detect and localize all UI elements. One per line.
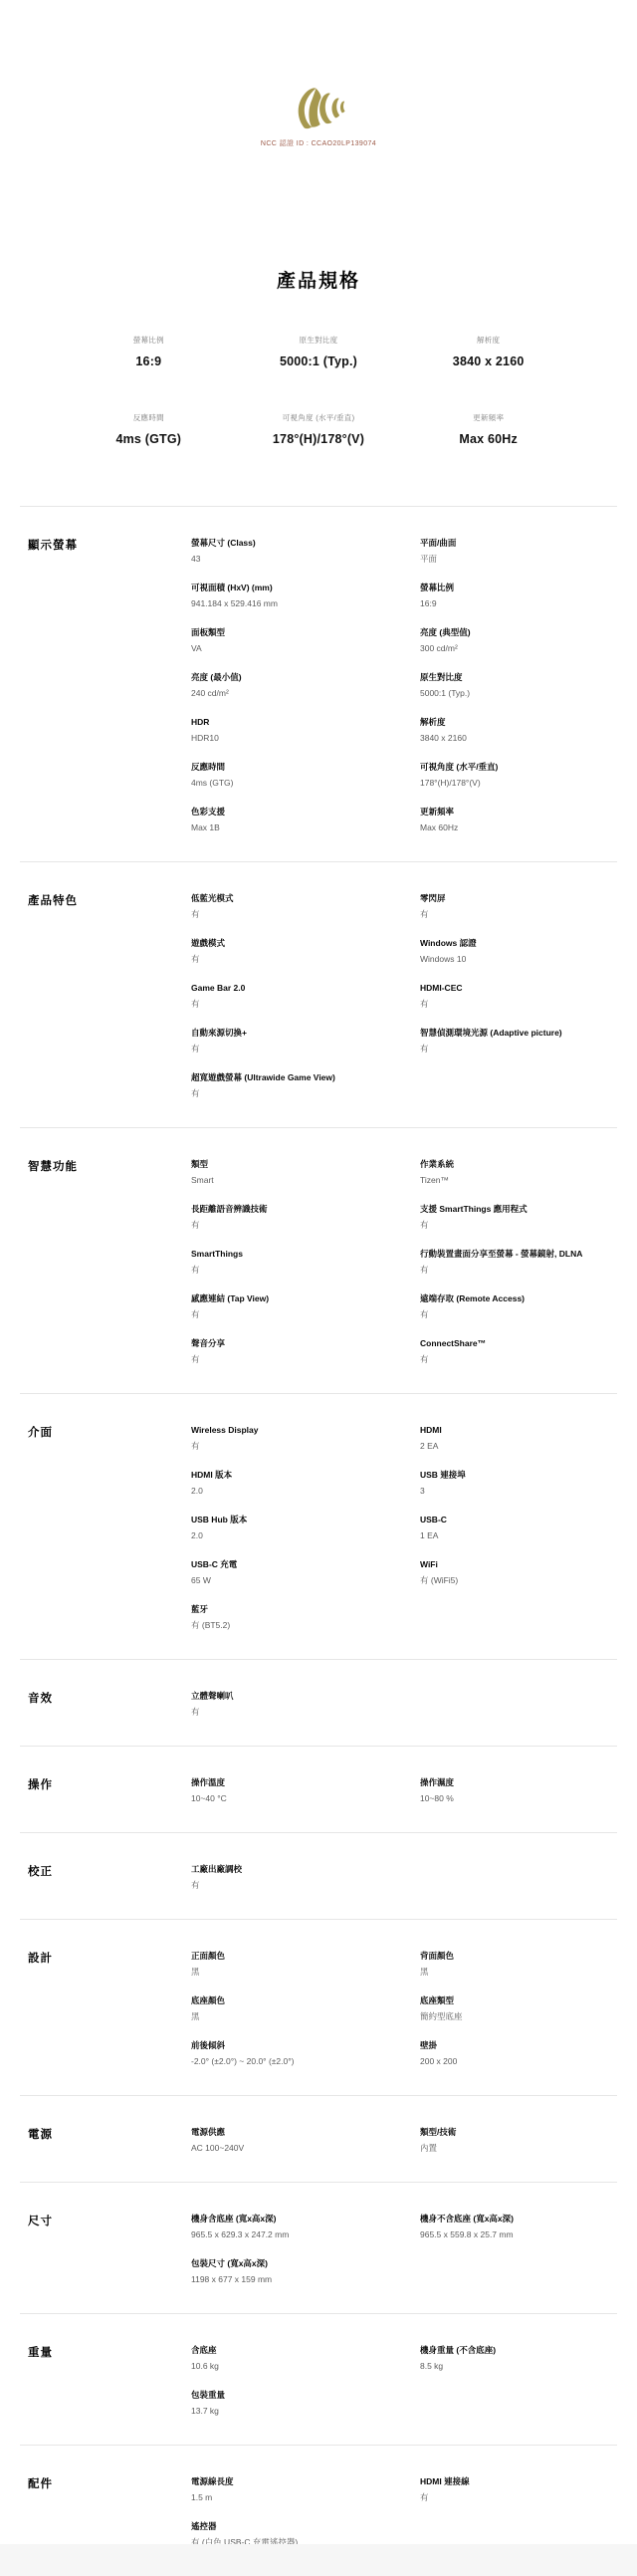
spec-item-label: Game Bar 2.0 — [191, 982, 410, 994]
spec-item: 電源線長度 1.5 m — [191, 2475, 420, 2503]
spec-item-value: 300 cd/m² — [420, 642, 607, 654]
spec-item-value: -2.0° (±2.0°) ~ 20.0° (±2.0°) — [191, 2055, 410, 2067]
section-rows: 螢幕尺寸 (Class) 43 平面/曲面 平面 可視面積 (HxV) (mm)… — [191, 537, 617, 833]
spec-row: 正面顏色 黑 背面顏色 黑 — [191, 1950, 617, 1978]
spec-item: Game Bar 2.0 有 — [191, 982, 420, 1010]
highlight-label: 解析度 — [403, 335, 573, 346]
spec-item-value: 有 — [191, 1706, 410, 1718]
spec-item-value: 簡約型底座 — [420, 2010, 607, 2022]
spec-item: 包裝尺寸 (寬x高x深) 1198 x 677 x 159 mm — [191, 2257, 420, 2285]
spec-item-value: 有 — [420, 998, 607, 1010]
spec-item: 螢幕尺寸 (Class) 43 — [191, 537, 420, 565]
spec-item-label: USB-C — [420, 1514, 607, 1525]
spec-item-value: 4ms (GTG) — [191, 777, 410, 789]
footer-band — [0, 2544, 637, 2576]
highlight-label: 反應時間 — [64, 412, 234, 423]
spec-item-value: 43 — [191, 553, 410, 565]
spec-row: 前後傾斜 -2.0° (±2.0°) ~ 20.0° (±2.0°) 壁掛 20… — [191, 2039, 617, 2067]
spec-row: 遊戲模式 有 Windows 認證 Windows 10 — [191, 937, 617, 965]
spec-section: 重量 含底座 10.6 kg 機身重量 (不含底座) 8.5 kg 包裝重量 1… — [20, 2313, 617, 2445]
spec-row: HDR HDR10 解析度 3840 x 2160 — [191, 716, 617, 744]
section-title: 校正 — [20, 1863, 191, 1879]
spec-item-label: 類型 — [191, 1158, 410, 1170]
spec-item-label: 壁掛 — [420, 2039, 607, 2051]
section-rows: 立體聲喇叭 有 — [191, 1690, 617, 1718]
spec-item: 平面/曲面 平面 — [420, 537, 617, 565]
spec-item-label: 背面顏色 — [420, 1950, 607, 1962]
spec-item: 聲音分享 有 — [191, 1337, 420, 1365]
spec-item-value: 240 cd/m² — [191, 687, 410, 699]
ncc-certification-block: NCC 認證 ID : CCAO20LP139074 — [0, 0, 637, 148]
spec-item-label: USB-C 充電 — [191, 1558, 410, 1570]
spec-item-label: 電源供應 — [191, 2126, 410, 2138]
spec-item-label: HDMI 版本 — [191, 1469, 410, 1481]
spec-item: SmartThings 有 — [191, 1248, 420, 1276]
spec-item-value: VA — [191, 642, 410, 654]
spec-item: 機身含底座 (寬x高x深) 965.5 x 629.3 x 247.2 mm — [191, 2213, 420, 2240]
spec-item-value: 10.6 kg — [191, 2360, 410, 2372]
section-title: 智慧功能 — [20, 1158, 191, 1174]
spec-row: 聲音分享 有 ConnectShare™ 有 — [191, 1337, 617, 1365]
spec-row: 包裝尺寸 (寬x高x深) 1198 x 677 x 159 mm — [191, 2257, 617, 2285]
spec-item-label: 工廠出廠調校 — [191, 1863, 410, 1875]
spec-item-label: Wireless Display — [191, 1424, 410, 1436]
spec-section: 產品特色 低藍光模式 有 零閃屏 有 遊戲模式 有 Windows 認證 Win… — [20, 861, 617, 1127]
spec-item-label: 螢幕尺寸 (Class) — [191, 537, 410, 549]
spec-item: Wireless Display 有 — [191, 1424, 420, 1452]
spec-item: 壁掛 200 x 200 — [420, 2039, 617, 2067]
spec-item-label: 機身重量 (不含底座) — [420, 2344, 607, 2356]
spec-item: 工廠出廠調校 有 — [191, 1863, 420, 1891]
spec-row: 感應連結 (Tap View) 有 遠端存取 (Remote Access) 有 — [191, 1292, 617, 1320]
section-title: 尺寸 — [20, 2213, 191, 2228]
spec-item-value: 5000:1 (Typ.) — [420, 687, 607, 699]
spec-item-value: 1 EA — [420, 1529, 607, 1541]
spec-row: Wireless Display 有 HDMI 2 EA — [191, 1424, 617, 1452]
section-title: 操作 — [20, 1776, 191, 1792]
spec-item: 背面顏色 黑 — [420, 1950, 617, 1978]
spec-item-value: Max 1B — [191, 821, 410, 833]
spec-item: 立體聲喇叭 有 — [191, 1690, 420, 1718]
spec-item-value: 178°(H)/178°(V) — [420, 777, 607, 789]
section-rows: 含底座 10.6 kg 機身重量 (不含底座) 8.5 kg 包裝重量 13.7… — [191, 2344, 617, 2417]
spec-item: 機身重量 (不含底座) 8.5 kg — [420, 2344, 617, 2372]
spec-row: 亮度 (最小值) 240 cd/m² 原生對比度 5000:1 (Typ.) — [191, 671, 617, 699]
section-rows: 工廠出廠調校 有 — [191, 1863, 617, 1891]
spec-item-label: 螢幕比例 — [420, 582, 607, 593]
spec-item: HDR HDR10 — [191, 716, 420, 744]
spec-item-label: HDMI — [420, 1424, 607, 1436]
spec-section: 尺寸 機身含底座 (寬x高x深) 965.5 x 629.3 x 247.2 m… — [20, 2182, 617, 2313]
section-title: 音效 — [20, 1690, 191, 1706]
spec-item-value: 2 EA — [420, 1440, 607, 1452]
spec-item-label: 立體聲喇叭 — [191, 1690, 410, 1702]
spec-row: 色彩支援 Max 1B 更新頻率 Max 60Hz — [191, 806, 617, 833]
section-rows: 電源線長度 1.5 m HDMI 連接線 有 遙控器 有 (白色 USB-C 充… — [191, 2475, 617, 2548]
spec-item-label: 底座類型 — [420, 1994, 607, 2006]
spec-item: 操作溫度 10~40 °C — [191, 1776, 420, 1804]
highlight-item: 更新頻率 Max 60Hz — [403, 412, 573, 446]
spec-item-value: 3840 x 2160 — [420, 732, 607, 744]
spec-item-value: 16:9 — [420, 597, 607, 609]
spec-item-value: 965.5 x 629.3 x 247.2 mm — [191, 2228, 410, 2240]
spec-section: 智慧功能 類型 Smart 作業系統 Tizen™ 長距離語音辨識技術 有 支援… — [20, 1127, 617, 1393]
spec-item-value: Windows 10 — [420, 953, 607, 965]
spec-item-label: 機身不含底座 (寬x高x深) — [420, 2213, 607, 2225]
spec-item-value: 有 (BT5.2) — [191, 1619, 410, 1631]
highlight-value: 5000:1 (Typ.) — [234, 354, 404, 368]
spec-item-value: 內置 — [420, 2142, 607, 2154]
spec-item-label: 藍牙 — [191, 1603, 410, 1615]
spec-item-value: 有 — [420, 1353, 607, 1365]
spec-item: 類型/技術 內置 — [420, 2126, 617, 2154]
spec-row: 包裝重量 13.7 kg — [191, 2389, 617, 2417]
spec-row: USB Hub 版本 2.0 USB-C 1 EA — [191, 1514, 617, 1541]
spec-item: HDMI 2 EA — [420, 1424, 617, 1452]
spec-item-value: 3 — [420, 1485, 607, 1497]
spec-item: 更新頻率 Max 60Hz — [420, 806, 617, 833]
spec-item-label: 反應時間 — [191, 761, 410, 773]
spec-item: 可視面積 (HxV) (mm) 941.184 x 529.416 mm — [191, 582, 420, 609]
spec-item: 反應時間 4ms (GTG) — [191, 761, 420, 789]
spec-item-label: 原生對比度 — [420, 671, 607, 683]
spec-item-label: 含底座 — [191, 2344, 410, 2356]
spec-item: 支援 SmartThings 應用程式 有 — [420, 1203, 617, 1231]
section-title: 配件 — [20, 2475, 191, 2491]
spec-item-value: HDR10 — [191, 732, 410, 744]
spec-item: USB-C 1 EA — [420, 1514, 617, 1541]
spec-item-label: 電源線長度 — [191, 2475, 410, 2487]
spec-row: 立體聲喇叭 有 — [191, 1690, 617, 1718]
spec-item-value: 有 — [191, 1440, 410, 1452]
spec-item-label: 低藍光模式 — [191, 892, 410, 904]
spec-item-label: HDMI 連接線 — [420, 2475, 607, 2487]
spec-row: 底座顏色 黑 底座類型 簡約型底座 — [191, 1994, 617, 2022]
spec-sections: 顯示螢幕 螢幕尺寸 (Class) 43 平面/曲面 平面 可視面積 (HxV)… — [20, 506, 617, 2576]
spec-item-label: 自動來源切換+ — [191, 1027, 410, 1039]
spec-item-value: 有 — [420, 2491, 607, 2503]
spec-row: USB-C 充電 65 W WiFi 有 (WiFi5) — [191, 1558, 617, 1586]
spec-item-label: 超寬遊戲螢幕 (Ultrawide Game View) — [191, 1071, 410, 1083]
spec-item-label: 解析度 — [420, 716, 607, 728]
highlight-value: Max 60Hz — [403, 432, 573, 446]
section-rows: 操作溫度 10~40 °C 操作濕度 10~80 % — [191, 1776, 617, 1804]
spec-item: 感應連結 (Tap View) 有 — [191, 1292, 420, 1320]
spec-item-value: 有 — [420, 1043, 607, 1054]
spec-item: WiFi 有 (WiFi5) — [420, 1558, 617, 1586]
spec-item: 亮度 (最小值) 240 cd/m² — [191, 671, 420, 699]
spec-item: 機身不含底座 (寬x高x深) 965.5 x 559.8 x 25.7 mm — [420, 2213, 617, 2240]
spec-row: 可視面積 (HxV) (mm) 941.184 x 529.416 mm 螢幕比… — [191, 582, 617, 609]
ncc-logo-icon — [292, 84, 345, 133]
spec-row: Game Bar 2.0 有 HDMI-CEC 有 — [191, 982, 617, 1010]
spec-item-label: HDR — [191, 716, 410, 728]
spec-item-label: USB Hub 版本 — [191, 1514, 410, 1525]
spec-item-label: 遠端存取 (Remote Access) — [420, 1292, 607, 1304]
spec-row: 長距離語音辨識技術 有 支援 SmartThings 應用程式 有 — [191, 1203, 617, 1231]
spec-item-value: 10~80 % — [420, 1792, 607, 1804]
spec-item: 遠端存取 (Remote Access) 有 — [420, 1292, 617, 1320]
section-rows: Wireless Display 有 HDMI 2 EA HDMI 版本 2.0… — [191, 1424, 617, 1631]
spec-item-label: 感應連結 (Tap View) — [191, 1292, 410, 1304]
spec-item: 可視角度 (水平/垂直) 178°(H)/178°(V) — [420, 761, 617, 789]
spec-section: 電源 電源供應 AC 100~240V 類型/技術 內置 — [20, 2095, 617, 2182]
spec-item-value: 8.5 kg — [420, 2360, 607, 2372]
spec-item-value: 有 — [191, 953, 410, 965]
spec-item: 亮度 (典型值) 300 cd/m² — [420, 626, 617, 654]
highlight-item: 原生對比度 5000:1 (Typ.) — [234, 335, 404, 368]
spec-item-label: 更新頻率 — [420, 806, 607, 818]
spec-row: 機身含底座 (寬x高x深) 965.5 x 629.3 x 247.2 mm 機… — [191, 2213, 617, 2240]
spec-item: 自動來源切換+ 有 — [191, 1027, 420, 1054]
section-rows: 機身含底座 (寬x高x深) 965.5 x 629.3 x 247.2 mm 機… — [191, 2213, 617, 2285]
spec-item-value: 有 — [420, 1219, 607, 1231]
spec-item-value: 黑 — [420, 1966, 607, 1978]
spec-item-value: 65 W — [191, 1574, 410, 1586]
spec-item: 低藍光模式 有 — [191, 892, 420, 920]
spec-row: SmartThings 有 行動裝置畫面分享至螢幕 - 螢幕鏡射, DLNA 有 — [191, 1248, 617, 1276]
section-title: 產品特色 — [20, 892, 191, 908]
spec-item-value: 有 — [420, 1308, 607, 1320]
section-rows: 正面顏色 黑 背面顏色 黑 底座顏色 黑 底座類型 簡約型底座 前後傾斜 -2.… — [191, 1950, 617, 2067]
highlight-grid: 螢幕比例 16:9 原生對比度 5000:1 (Typ.) 解析度 3840 x… — [64, 335, 573, 446]
spec-item-value: 1.5 m — [191, 2491, 410, 2503]
spec-item: 底座類型 簡約型底座 — [420, 1994, 617, 2022]
spec-item-label: 前後傾斜 — [191, 2039, 410, 2051]
spec-item: 長距離語音辨識技術 有 — [191, 1203, 420, 1231]
spec-item-value: 有 — [191, 1264, 410, 1276]
spec-item: 遊戲模式 有 — [191, 937, 420, 965]
spec-section: 校正 工廠出廠調校 有 — [20, 1832, 617, 1919]
spec-section: 操作 操作溫度 10~40 °C 操作濕度 10~80 % — [20, 1746, 617, 1832]
spec-row: 螢幕尺寸 (Class) 43 平面/曲面 平面 — [191, 537, 617, 565]
spec-item: 作業系統 Tizen™ — [420, 1158, 617, 1186]
spec-item-value: 2.0 — [191, 1529, 410, 1541]
spec-item: USB-C 充電 65 W — [191, 1558, 420, 1586]
highlight-item: 反應時間 4ms (GTG) — [64, 412, 234, 446]
spec-item: HDMI-CEC 有 — [420, 982, 617, 1010]
spec-item: 螢幕比例 16:9 — [420, 582, 617, 609]
spec-item: USB Hub 版本 2.0 — [191, 1514, 420, 1541]
highlight-item: 解析度 3840 x 2160 — [403, 335, 573, 368]
spec-row: HDMI 版本 2.0 USB 連接埠 3 — [191, 1469, 617, 1497]
spec-item-value: 有 — [191, 998, 410, 1010]
spec-row: 反應時間 4ms (GTG) 可視角度 (水平/垂直) 178°(H)/178°… — [191, 761, 617, 789]
spec-item: HDMI 版本 2.0 — [191, 1469, 420, 1497]
spec-item-label: 機身含底座 (寬x高x深) — [191, 2213, 410, 2225]
section-title: 電源 — [20, 2126, 191, 2142]
spec-item-value: 有 — [191, 1043, 410, 1054]
spec-item-value: 2.0 — [191, 1485, 410, 1497]
spec-item-value: 941.184 x 529.416 mm — [191, 597, 410, 609]
spec-item: ConnectShare™ 有 — [420, 1337, 617, 1365]
spec-item: USB 連接埠 3 — [420, 1469, 617, 1497]
highlight-label: 更新頻率 — [403, 412, 573, 423]
spec-item-value: 有 — [191, 1308, 410, 1320]
spec-item-value: 平面 — [420, 553, 607, 565]
spec-row: 低藍光模式 有 零閃屏 有 — [191, 892, 617, 920]
spec-item-value: 黑 — [191, 2010, 410, 2022]
spec-item-label: USB 連接埠 — [420, 1469, 607, 1481]
ncc-certification-id: NCC 認證 ID : CCAO20LP139074 — [0, 138, 637, 148]
spec-item-label: 作業系統 — [420, 1158, 607, 1170]
spec-item: HDMI 連接線 有 — [420, 2475, 617, 2503]
page-title: 產品規格 — [0, 266, 637, 293]
spec-item: 零閃屏 有 — [420, 892, 617, 920]
spec-item-value: AC 100~240V — [191, 2142, 410, 2154]
spec-item-label: 類型/技術 — [420, 2126, 607, 2138]
section-title: 重量 — [20, 2344, 191, 2360]
spec-section: 音效 立體聲喇叭 有 — [20, 1659, 617, 1746]
spec-row: 含底座 10.6 kg 機身重量 (不含底座) 8.5 kg — [191, 2344, 617, 2372]
spec-item: 智慧偵測環境光源 (Adaptive picture) 有 — [420, 1027, 617, 1054]
spec-item-value: 有 — [420, 908, 607, 920]
spec-item-label: 包裝重量 — [191, 2389, 410, 2401]
highlight-value: 3840 x 2160 — [403, 354, 573, 368]
spec-item-value: Tizen™ — [420, 1174, 607, 1186]
spec-item-label: 長距離語音辨識技術 — [191, 1203, 410, 1215]
spec-item-value: 有 — [191, 1087, 410, 1099]
section-title: 介面 — [20, 1424, 191, 1440]
section-rows: 低藍光模式 有 零閃屏 有 遊戲模式 有 Windows 認證 Windows … — [191, 892, 617, 1099]
spec-item-label: 可視角度 (水平/垂直) — [420, 761, 607, 773]
spec-item-value: 有 (WiFi5) — [420, 1574, 607, 1586]
spec-item: 解析度 3840 x 2160 — [420, 716, 617, 744]
spec-row: 電源線長度 1.5 m HDMI 連接線 有 — [191, 2475, 617, 2503]
spec-item-label: 平面/曲面 — [420, 537, 607, 549]
spec-item: 類型 Smart — [191, 1158, 420, 1186]
spec-item-label: 聲音分享 — [191, 1337, 410, 1349]
section-rows: 類型 Smart 作業系統 Tizen™ 長距離語音辨識技術 有 支援 Smar… — [191, 1158, 617, 1365]
spec-item-value: 965.5 x 559.8 x 25.7 mm — [420, 2228, 607, 2240]
spec-item-label: 遊戲模式 — [191, 937, 410, 949]
spec-item: 藍牙 有 (BT5.2) — [191, 1603, 420, 1631]
product-spec-page: NCC 認證 ID : CCAO20LP139074 產品規格 螢幕比例 16:… — [0, 0, 637, 2576]
spec-item-label: 面板類型 — [191, 626, 410, 638]
spec-row: 類型 Smart 作業系統 Tizen™ — [191, 1158, 617, 1186]
spec-row: 自動來源切換+ 有 智慧偵測環境光源 (Adaptive picture) 有 — [191, 1027, 617, 1054]
spec-row: 藍牙 有 (BT5.2) — [191, 1603, 617, 1631]
highlight-value: 4ms (GTG) — [64, 432, 234, 446]
spec-item: 原生對比度 5000:1 (Typ.) — [420, 671, 617, 699]
highlight-label: 可視角度 (水平/垂直) — [234, 412, 404, 423]
spec-item: 色彩支援 Max 1B — [191, 806, 420, 833]
spec-section: 介面 Wireless Display 有 HDMI 2 EA HDMI 版本 … — [20, 1393, 617, 1659]
spec-item: 電源供應 AC 100~240V — [191, 2126, 420, 2154]
spec-item-label: 操作溫度 — [191, 1776, 410, 1788]
spec-item-value: 200 x 200 — [420, 2055, 607, 2067]
spec-item: 行動裝置畫面分享至螢幕 - 螢幕鏡射, DLNA 有 — [420, 1248, 617, 1276]
highlight-label: 原生對比度 — [234, 335, 404, 346]
spec-item-value: Max 60Hz — [420, 821, 607, 833]
spec-item-label: SmartThings — [191, 1248, 410, 1260]
spec-item-value: 有 — [191, 1879, 410, 1891]
spec-item: 操作濕度 10~80 % — [420, 1776, 617, 1804]
spec-item-label: 操作濕度 — [420, 1776, 607, 1788]
spec-item: 底座顏色 黑 — [191, 1994, 420, 2022]
spec-section: 設計 正面顏色 黑 背面顏色 黑 底座顏色 黑 底座類型 簡約型底座 前後傾斜 … — [20, 1919, 617, 2095]
section-title: 設計 — [20, 1950, 191, 1966]
spec-row: 操作溫度 10~40 °C 操作濕度 10~80 % — [191, 1776, 617, 1804]
spec-row: 電源供應 AC 100~240V 類型/技術 內置 — [191, 2126, 617, 2154]
spec-item-label: 色彩支援 — [191, 806, 410, 818]
highlight-label: 螢幕比例 — [64, 335, 234, 346]
spec-row: 面板類型 VA 亮度 (典型值) 300 cd/m² — [191, 626, 617, 654]
spec-item-label: 零閃屏 — [420, 892, 607, 904]
spec-item: 包裝重量 13.7 kg — [191, 2389, 420, 2417]
highlight-item: 可視角度 (水平/垂直) 178°(H)/178°(V) — [234, 412, 404, 446]
spec-item-value: Smart — [191, 1174, 410, 1186]
spec-item: 含底座 10.6 kg — [191, 2344, 420, 2372]
spec-item-value: 有 — [420, 1264, 607, 1276]
spec-item-value: 有 — [191, 1219, 410, 1231]
spec-row: 超寬遊戲螢幕 (Ultrawide Game View) 有 — [191, 1071, 617, 1099]
spec-item-value: 有 — [191, 908, 410, 920]
spec-item-label: 正面顏色 — [191, 1950, 410, 1962]
highlight-value: 16:9 — [64, 354, 234, 368]
spec-item-label: WiFi — [420, 1558, 607, 1570]
highlight-item: 螢幕比例 16:9 — [64, 335, 234, 368]
spec-item: 面板類型 VA — [191, 626, 420, 654]
spec-item-label: HDMI-CEC — [420, 982, 607, 994]
highlight-value: 178°(H)/178°(V) — [234, 432, 404, 446]
spec-item-label: 智慧偵測環境光源 (Adaptive picture) — [420, 1027, 607, 1039]
spec-item-label: 亮度 (典型值) — [420, 626, 607, 638]
spec-row: 工廠出廠調校 有 — [191, 1863, 617, 1891]
spec-item: 超寬遊戲螢幕 (Ultrawide Game View) 有 — [191, 1071, 420, 1099]
spec-item: Windows 認證 Windows 10 — [420, 937, 617, 965]
spec-item-label: 亮度 (最小值) — [191, 671, 410, 683]
section-title: 顯示螢幕 — [20, 537, 191, 553]
spec-item-value: 10~40 °C — [191, 1792, 410, 1804]
spec-item: 正面顏色 黑 — [191, 1950, 420, 1978]
spec-section: 顯示螢幕 螢幕尺寸 (Class) 43 平面/曲面 平面 可視面積 (HxV)… — [20, 506, 617, 861]
spec-item-value: 13.7 kg — [191, 2405, 410, 2417]
spec-item-label: 包裝尺寸 (寬x高x深) — [191, 2257, 410, 2269]
spec-item-label: 行動裝置畫面分享至螢幕 - 螢幕鏡射, DLNA — [420, 1248, 607, 1260]
spec-item-value: 黑 — [191, 1966, 410, 1978]
spec-item-label: 支援 SmartThings 應用程式 — [420, 1203, 607, 1215]
section-rows: 電源供應 AC 100~240V 類型/技術 內置 — [191, 2126, 617, 2154]
spec-item-label: ConnectShare™ — [420, 1337, 607, 1349]
spec-item-label: Windows 認證 — [420, 937, 607, 949]
spec-item-label: 可視面積 (HxV) (mm) — [191, 582, 410, 593]
spec-item-value: 有 — [191, 1353, 410, 1365]
spec-item-value: 1198 x 677 x 159 mm — [191, 2273, 410, 2285]
spec-item: 前後傾斜 -2.0° (±2.0°) ~ 20.0° (±2.0°) — [191, 2039, 420, 2067]
spec-item-label: 底座顏色 — [191, 1994, 410, 2006]
spec-item-label: 遙控器 — [191, 2520, 410, 2532]
